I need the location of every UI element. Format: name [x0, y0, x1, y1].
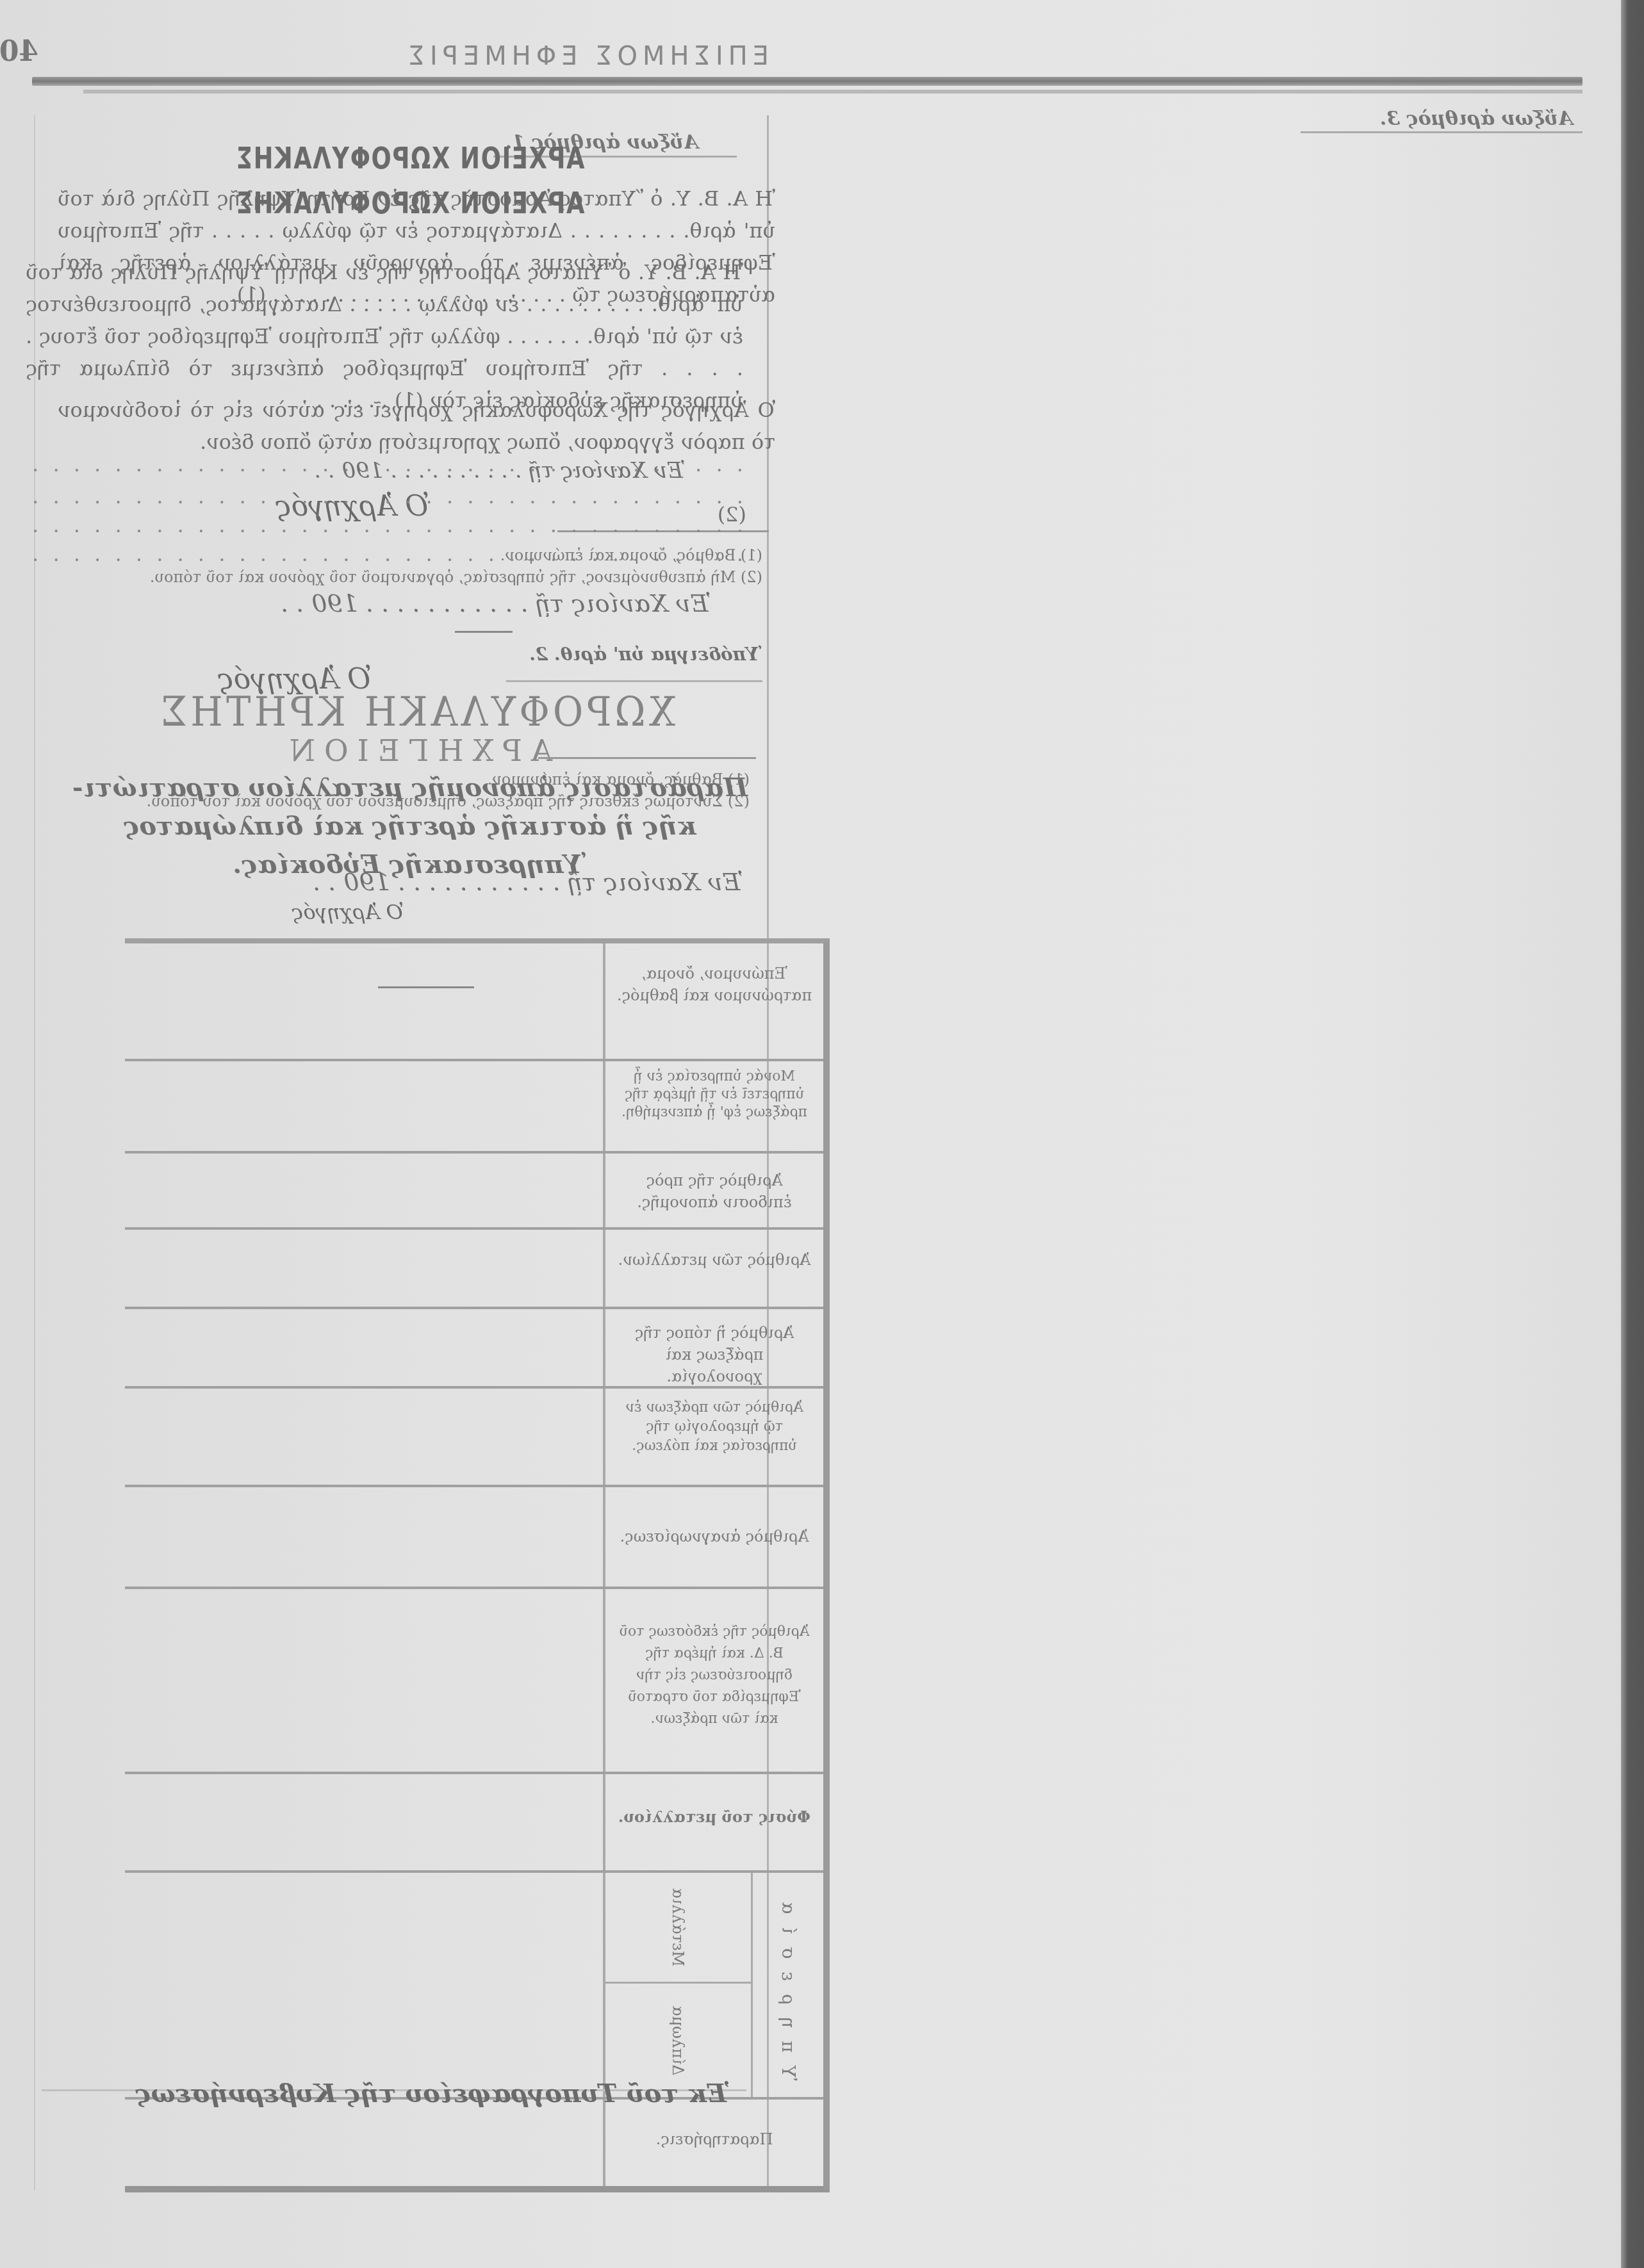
signature-2: Ὁ Ἀρχηγός	[218, 663, 372, 696]
margin-line	[34, 115, 35, 2190]
table-row: Μονάς ὑπηρεσίας ἐν ᾗ ὑπηρετεῖ ἐν τῇ ἡμέρ…	[125, 1061, 823, 1154]
dot-leader-line: . . . . . . . . . . . . . . . . . . . . …	[26, 535, 743, 573]
form-dateline: Ἐν Χανίοις τῇ . . . . . . . . . . . 190 …	[313, 868, 743, 896]
table-row: Ἀριθμὸς ἀναγνωρίσεως.	[125, 1487, 823, 1589]
footnote-2a: (1) Βαθμὸς, ὄνομα καὶ ἐπώνυμον.	[45, 769, 750, 790]
table-row: Ἀριθμὸς τῶν μεταλλίων.	[125, 1230, 823, 1309]
running-head-title: ΕΠΙΣΗΜΟΣ ΕΦΗΜΕΡΙΣ	[404, 42, 769, 71]
table-row-label: Φύσις τοῦ μεταλλίου.	[615, 1806, 814, 1828]
table-row-label: Μονάς ὑπηρεσίας ἐν ᾗ ὑπηρετεῖ ἐν τῇ ἡμέρ…	[615, 1068, 814, 1122]
table-row-label: Ἀριθμὸς τῶν μεταλλίων.	[615, 1249, 814, 1271]
head-rule	[32, 77, 1582, 86]
medal-register-table-frame: Ἐπώνυμον, ὄνομα, πατρώνυμον καὶ βαθμός. …	[125, 938, 826, 2192]
table-row: Φύσις τοῦ μεταλλίου.	[125, 1774, 823, 1873]
table-subcell-label: Μετάλλια	[668, 1888, 689, 1967]
table-row: Ἀριθμὸς τῶν πράξεων ἐν τῷ ἡμερολογίῳ τῆς…	[125, 1389, 823, 1487]
table-row-split: Ὑπηρεσία Μετάλλια Δίπλωμα	[125, 1873, 823, 2100]
section-title-1: ΑΡΧΕΙΟΝ ΧΩΡΟΦΥΛΑΚΗΣ	[108, 141, 712, 175]
end-rule	[378, 986, 474, 988]
table-subcell: Μετάλλια	[605, 1873, 751, 1984]
table-row-label: Ἀριθμὸς τῆς ἐκδόσεως τοῦ Β. Δ. καὶ ἡμέρα…	[615, 1621, 814, 1730]
mirrored-content: ΕΠΙΣΗΜΟΣ ΕΦΗΜΕΡΙΣ 40 Αὔξων ἀριθμὸς 1. ΑΡ…	[0, 0, 1621, 2268]
footnote-rule-2	[538, 757, 756, 759]
table-row-label: Ἀριθμὸς ἢ τόπος τῆς πράξεως καὶ χρονολογ…	[615, 1322, 814, 1387]
form-signature: Ὁ Ἀρχηγός	[292, 900, 404, 924]
table-row-label: Ἀριθμὸς τῶν πράξεων ἐν τῷ ἡμερολογίῳ τῆς…	[615, 1398, 814, 1456]
table-row-label: Ἀριθμὸς ἀναγνωρίσεως.	[615, 1526, 814, 1547]
table-row-label: Παρατηρήσεις.	[615, 2128, 814, 2150]
form-title: ΧΩΡΟΦΥΛΑΚΗ ΚΡΗΤΗΣ	[99, 689, 734, 736]
serial-number-2: Αὔξων ἀριθμὸς 3.	[1380, 108, 1573, 130]
table-row: Ἐπώνυμον, ὄνομα, πατρώνυμον καὶ βαθμός.	[125, 943, 823, 1061]
table-vertical-cell: Ὑπηρεσία	[751, 1873, 823, 2097]
footnote-marker: (2)	[718, 498, 746, 530]
table-row: Ἀριθμὸς τῆς πρὸς ἐπιδοσιν ἀπονομῆς.	[125, 1154, 823, 1230]
table-row-label: Ἀριθμὸς τῆς πρὸς ἐπιδοσιν ἀπονομῆς.	[615, 1170, 814, 1213]
page-number: 40	[0, 35, 38, 68]
serial-rule-2	[1301, 131, 1582, 133]
paragraph-col2: Ἡ Α. Β. Υ. ὁ Ὕπατος Ἁρμοστὴς τῆς ἐν Κρήτ…	[26, 256, 743, 416]
running-head: ΕΠΙΣΗΜΟΣ ΕΦΗΜΕΡΙΣ 40	[32, 32, 1506, 70]
table-row: Παρατηρήσεις.	[125, 2100, 823, 2176]
form-caption: Ὑπόδειγμα ὑπ' ἀριθ. 2.	[529, 644, 762, 665]
short-rule	[455, 631, 513, 633]
table-vertical-label: Ὑπηρεσία	[777, 1889, 799, 2081]
printer-imprint: Ἐκ τοῦ Τυπογραφείου τῆς Κυβερνήσεως	[135, 2078, 730, 2109]
page-edge-shadow	[1621, 0, 1644, 2268]
form-description-line: κῆς ἢ ἀστικῆς ἀρετῆς καὶ διπλώματος	[51, 807, 769, 845]
caption-rule	[506, 680, 762, 682]
footnote-2b: (2) Συντόμως ἔκθεσις τῆς πράξεως, σημειο…	[45, 790, 750, 812]
dateline-2: Ἐν Χανίοις τῇ . . . . . . . . . . . 190 …	[281, 589, 711, 617]
section-title-2: ΑΡΧΕΙΟΝ ΧΩΡΟΦΥΛΑΚΗΣ	[154, 186, 666, 220]
table-subcell-label: Δίπλωμα	[668, 2005, 689, 2075]
form-subtitle: ΑΡΧΗΓΕΙΟΝ	[64, 733, 769, 768]
table-row: Ἀριθμὸς ἢ τόπος τῆς πράξεως καὶ χρονολογ…	[125, 1309, 823, 1389]
head-rule-thin	[83, 90, 1582, 94]
table-row: Ἀριθμὸς τῆς ἐκδόσεως τοῦ Β. Δ. καὶ ἡμέρα…	[125, 1589, 823, 1774]
table-row-label: Ἐπώνυμον, ὄνομα, πατρώνυμον καὶ βαθμός.	[615, 963, 814, 1006]
